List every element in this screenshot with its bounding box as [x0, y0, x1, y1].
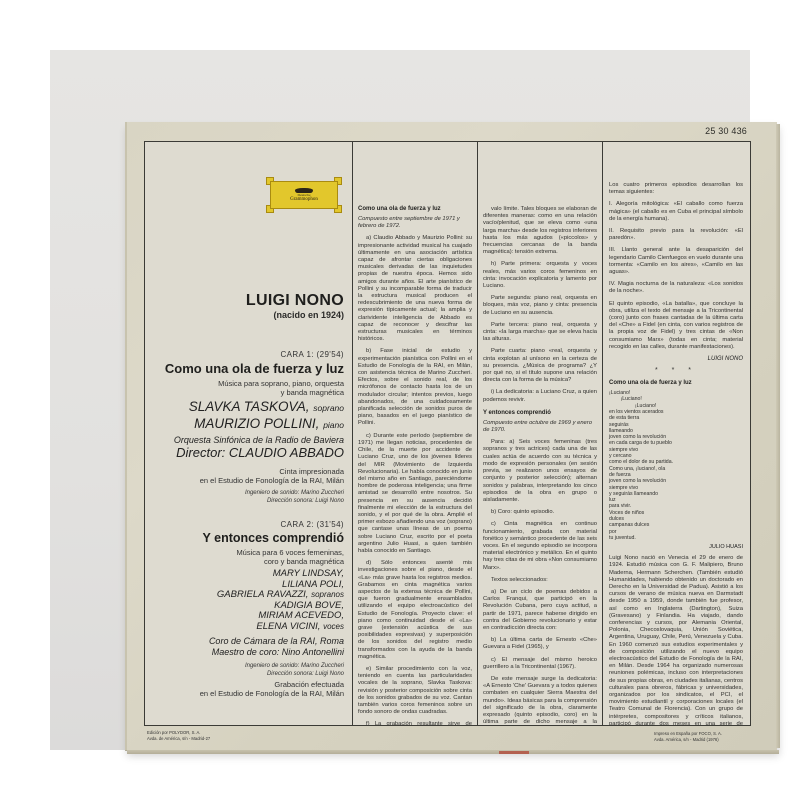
- side1-label: CARA 1: (29'54): [280, 350, 344, 359]
- notes-paragraph: Los cuatro primeros episodios desarrolla…: [609, 182, 743, 196]
- composer-born: (nacido en 1924): [273, 310, 344, 320]
- notes-paragraphs: a) Claudio Abbado y Maurizio Pollini: su…: [358, 235, 472, 725]
- sleeve-edge: [776, 124, 780, 748]
- side1-director: Director: CLAUDIO ABBADO: [176, 445, 344, 460]
- record-sleeve-back-cover: 25 30 436 Deutsche Grammophon LUIGI NONO: [125, 122, 777, 750]
- side2-title: Y entonces comprendió: [203, 531, 344, 545]
- performer: SLAVKA TASKOVA, soprano: [189, 399, 344, 416]
- side2-choir: Coro de Cámara de la RAI, Roma Maestro d…: [209, 636, 344, 658]
- notes-paragraph: b) Fase inicial de estudio y experimenta…: [358, 348, 472, 427]
- poem-title: Como una ola de fuerza y luz: [609, 380, 743, 386]
- notes-paragraphs: valo límite. Tales bloques se elaboran d…: [483, 206, 597, 404]
- notes-paragraph: e) Similar procedimiento con la voz, ten…: [358, 666, 472, 716]
- publisher-imprint: Edición por POLYDOR, S. A. Avda. de Amér…: [147, 730, 210, 741]
- notes-paragraph: II. Requisito previo para la revolución:…: [609, 228, 743, 242]
- side1-description: Música para soprano, piano, orquesta y b…: [218, 379, 344, 397]
- notes-paragraph: i) La dedicatoria: a Luciano Cruz, a qui…: [483, 389, 597, 403]
- notes-paragraph: Para: a) Seis voces femeninas (tres sopr…: [483, 439, 597, 504]
- poem-line: tu juventud.: [609, 535, 743, 541]
- side2-engineers: Ingeniero de sonido: Marino Zuccheri Dir…: [245, 662, 344, 678]
- composer-biography: Luigi Nono nació en Venecia el 29 de ene…: [609, 555, 743, 725]
- catalog-number: 25 30 436: [705, 126, 747, 136]
- poem: ¡Luciano! ¡Luciano! ¡Luciano!en los vien…: [609, 390, 743, 541]
- section-separator: * * *: [609, 367, 743, 374]
- printed-frame: Deutsche Grammophon LUIGI NONO (nacido e…: [144, 141, 751, 726]
- notes-paragraphs: Los cuatro primeros episodios desarrolla…: [609, 182, 743, 351]
- photo-background: 25 30 436 Deutsche Grammophon LUIGI NONO: [50, 50, 750, 750]
- notes-paragraph: III. Llanto general ante la desaparición…: [609, 247, 743, 276]
- notes-paragraph: Textos seleccionados:: [483, 577, 597, 584]
- notes-paragraph: valo límite. Tales bloques se elaboran d…: [483, 206, 597, 256]
- notes-paragraph: c) Cinta magnética en continuo funcionam…: [483, 521, 597, 571]
- author-signature: LUIGI NONO: [609, 356, 743, 362]
- notes-paragraphs: Para: a) Seis voces femeninas (tres sopr…: [483, 439, 597, 725]
- side1-performers: SLAVKA TASKOVA, soprano MAURIZIO POLLINI…: [189, 399, 344, 433]
- side1-orchestra: Orquesta Sinfónica de la Radio de Bavier…: [174, 435, 344, 445]
- side2-performers: MARY LINDSAY, LILIANA POLI, GABRIELA RAV…: [217, 569, 344, 632]
- notes-heading: Y entonces comprendió: [483, 410, 597, 416]
- notes-subheading: Compuesto entre octubre de 1969 y enero …: [483, 420, 597, 434]
- sleeve-edge: [127, 750, 779, 754]
- liner-notes-column-3: Los cuatro primeros episodios desarrolla…: [603, 142, 749, 725]
- sleeve-wear-mark: [499, 751, 529, 754]
- notes-paragraph: De este mensaje surge la dedicatoria: «A…: [483, 676, 597, 725]
- poem-author: JULIO HUASI: [609, 544, 743, 550]
- notes-paragraph: a) Claudio Abbado y Maurizio Pollini: su…: [358, 235, 472, 343]
- printer-imprint: Impreso en España por FOCO, S. A. Avda. …: [654, 731, 722, 742]
- notes-paragraph: Parte tercera: piano real, orquesta y ci…: [483, 322, 597, 344]
- notes-paragraph: b) La última carta de Ernesto «Che» Guev…: [483, 637, 597, 651]
- credits-column: Deutsche Grammophon LUIGI NONO (nacido e…: [145, 142, 353, 725]
- side2-description: Música para 6 voces femeninas, coro y ba…: [236, 548, 344, 566]
- notes-paragraph: I. Alegoría mitológica: «El caballo como…: [609, 201, 743, 223]
- performer: ELENA VICINI, voces: [217, 622, 344, 633]
- notes-paragraph: IV. Magia nocturna de la naturaleza: «Lo…: [609, 281, 743, 295]
- side1-engineers: Ingeniero de sonido: Marino Zuccheri Dir…: [245, 489, 344, 505]
- notes-paragraph: b) Coro: quinto episodio.: [483, 509, 597, 516]
- performer: MAURIZIO POLLINI, piano: [189, 416, 344, 433]
- notes-paragraph: d) Sólo entonces asenté mis investigacio…: [358, 560, 472, 661]
- deutsche-grammophon-logo: Deutsche Grammophon: [264, 175, 344, 215]
- notes-paragraph: h) Parte primera: orquesta y voces reale…: [483, 261, 597, 290]
- notes-paragraph: c) Durante este período (septiembre de 1…: [358, 433, 472, 555]
- side2-label: CARA 2: (31'54): [280, 520, 344, 529]
- liner-notes-column-1: Como una ola de fuerza y luz Compuesto e…: [353, 142, 478, 725]
- notes-paragraph: c) El mensaje del mismo heroico guerrill…: [483, 657, 597, 671]
- tulip-crown-icon: [295, 188, 313, 193]
- notes-paragraph: a) De un ciclo de poemas debidos a Carlo…: [483, 589, 597, 632]
- notes-paragraph: Parte segunda: piano real, orquesta en b…: [483, 295, 597, 317]
- composer-name: LUIGI NONO: [246, 292, 344, 310]
- notes-subheading: Compuesto entre septiembre de 1971 y feb…: [358, 216, 472, 230]
- side2-recording-note: Grabación efectuada en el Estudio de Fon…: [200, 680, 344, 698]
- notes-heading: Como una ola de fuerza y luz: [358, 206, 472, 212]
- side1-title: Como una ola de fuerza y luz: [165, 361, 344, 376]
- notes-paragraph: Parte cuarta: piano «real, orquesta y ci…: [483, 348, 597, 384]
- liner-notes-column-2: valo límite. Tales bloques se elaboran d…: [478, 142, 603, 725]
- side1-tape-note: Cinta impresionada en el Estudio de Fono…: [200, 467, 344, 485]
- notes-paragraph: f) La grabación resultante sirve de acom…: [358, 721, 472, 725]
- notes-paragraph: El quinto episodio, «La batalla», que co…: [609, 301, 743, 351]
